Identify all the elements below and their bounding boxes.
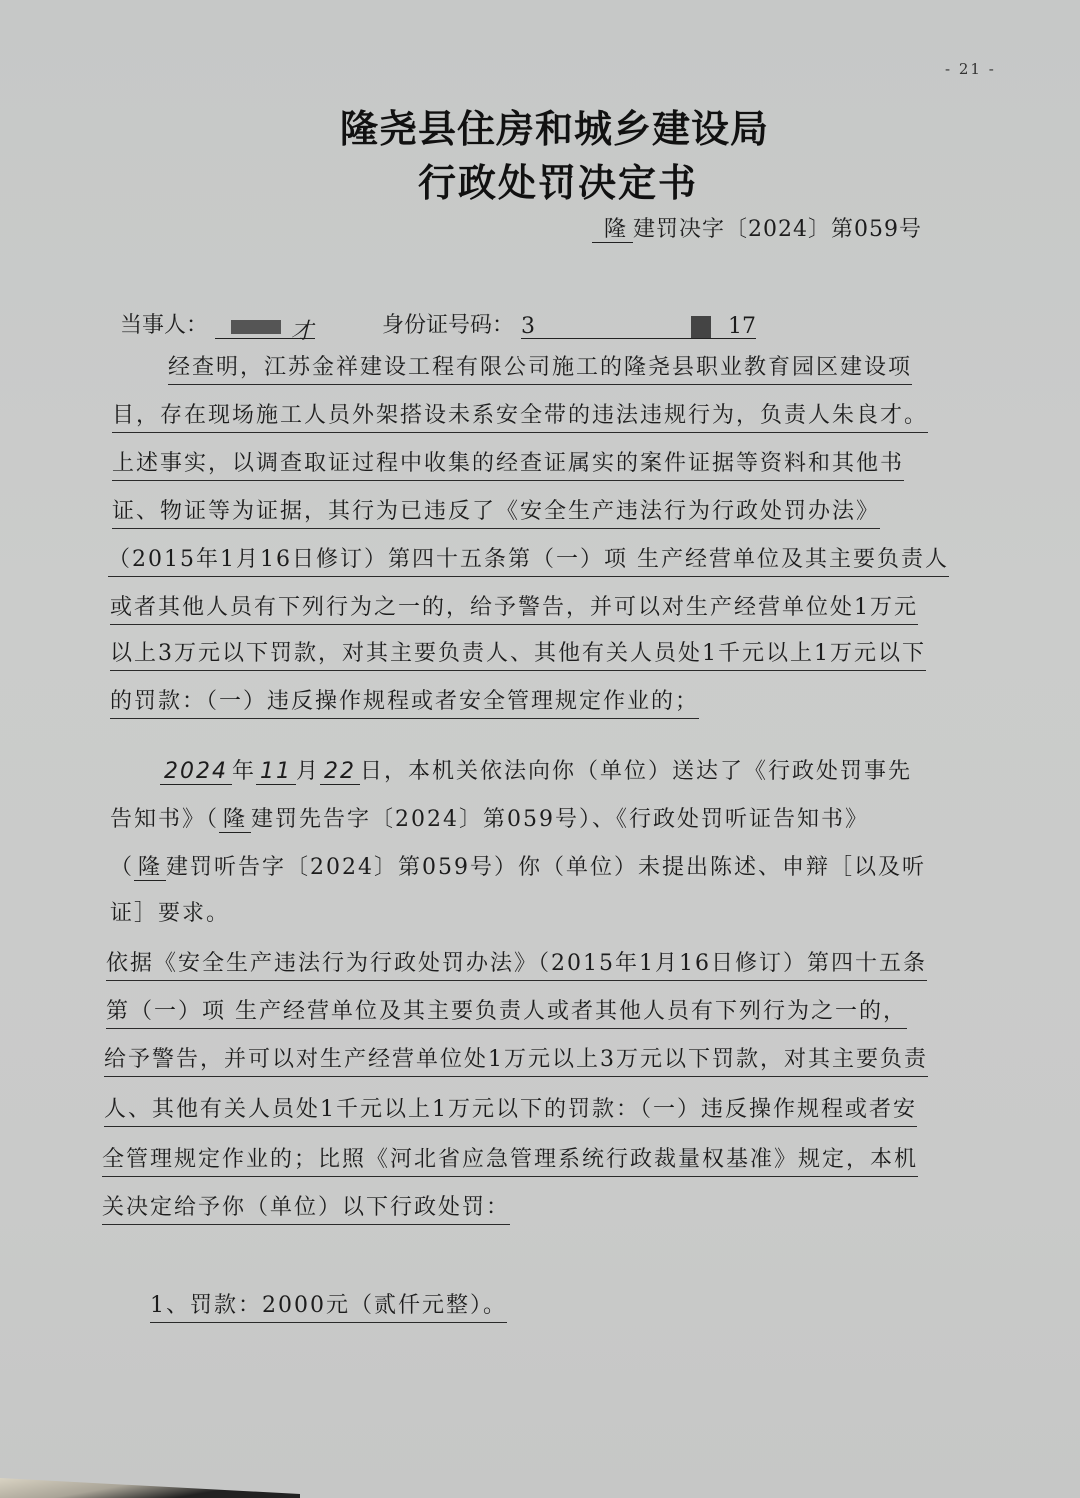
redaction-mark xyxy=(691,316,711,338)
notice-text: （ xyxy=(110,855,134,880)
notice-month: 11 xyxy=(256,759,296,785)
notice-line-3: （隆建罚听告字〔2024〕第059号）你（单位）未提出陈述、申辩［以及听 xyxy=(110,850,926,881)
penalty-text: 1、罚款：2000元（贰仟元整）。 xyxy=(150,1293,507,1323)
basis-text: 给予警告，并可以对生产经营单位处1万元以上3万元以下罚款，对其主要负责 xyxy=(104,1047,928,1077)
basis-line-5: 全管理规定作业的；比照《河北省应急管理系统行政裁量权基准》规定，本机 xyxy=(102,1142,918,1173)
facts-text: 经查明，江苏金祥建设工程有限公司施工的隆尧县职业教育园区建设项 xyxy=(168,355,912,385)
document-number-prefix: 隆 xyxy=(592,217,633,243)
basis-line-2: 第（一）项 生产经营单位及其主要负责人或者其他人员有下列行为之一的， xyxy=(106,994,907,1025)
notice-line-2: 告知书》（隆建罚先告字〔2024〕第059号）、《行政处罚听证告知书》 xyxy=(110,802,869,833)
facts-line-6: 或者其他人员有下列行为之一的，给予警告，并可以对生产经营单位处1万元 xyxy=(110,590,918,621)
notice-year: 2024 xyxy=(160,759,232,785)
notice-prefix: 隆 xyxy=(219,807,251,833)
party-info: 当事人： 才 身份证号码： 317 xyxy=(120,308,756,339)
notice-text: 建罚听告字〔2024〕第059号）你（单位）未提出陈述、申辩［以及听 xyxy=(166,855,926,880)
basis-text: 人、其他有关人员处1千元以上1万元以下的罚款：（一）违反操作规程或者安 xyxy=(104,1097,917,1127)
facts-line-7: 以上3万元以下罚款，对其主要负责人、其他有关人员处1千元以上1万元以下 xyxy=(110,636,926,667)
facts-text: 证、物证等为证据，其行为已违反了《安全生产违法行为行政处罚办法》 xyxy=(112,499,880,529)
facts-text: 目，存在现场施工人员外架搭设未系安全带的违法违规行为，负责人朱良才。 xyxy=(112,403,928,433)
facts-line-2: 目，存在现场施工人员外架搭设未系安全带的违法违规行为，负责人朱良才。 xyxy=(112,398,928,429)
basis-text: 关决定给予你（单位）以下行政处罚： xyxy=(102,1195,510,1225)
issuing-authority-title: 隆尧县住房和城乡建设局 xyxy=(340,98,769,153)
basis-line-4: 人、其他有关人员处1千元以上1万元以下的罚款：（一）违反操作规程或者安 xyxy=(104,1092,917,1123)
party-name-redacted: 才 xyxy=(215,314,315,339)
document-number-rest: 建罚决字〔2024〕第059号 xyxy=(633,217,922,242)
notice-text: 建罚先告字〔2024〕第059号）、《行政处罚听证告知书》 xyxy=(251,807,869,832)
facts-text: 或者其他人员有下列行为之一的，给予警告，并可以对生产经营单位处1万元 xyxy=(110,595,918,625)
penalty-item-1: 1、罚款：2000元（贰仟元整）。 xyxy=(150,1288,507,1319)
facts-line-8: 的罚款：（一）违反操作规程或者安全管理规定作业的； xyxy=(110,684,699,715)
notice-day: 22 xyxy=(320,759,360,785)
notice-line-4: 证］要求。 xyxy=(110,896,230,927)
basis-text: 第（一）项 生产经营单位及其主要负责人或者其他人员有下列行为之一的， xyxy=(106,999,907,1029)
document-type-title: 行政处罚决定书 xyxy=(418,152,698,207)
facts-line-1: 经查明，江苏金祥建设工程有限公司施工的隆尧县职业教育园区建设项 xyxy=(168,350,912,381)
party-name-end: 才 xyxy=(291,314,313,345)
party-label: 当事人： xyxy=(120,313,208,338)
basis-text: 依据《安全生产违法行为行政处罚办法》（2015年1月16日修订）第四十五条 xyxy=(106,951,927,981)
year-suffix: 年 xyxy=(232,759,256,784)
id-end: 17 xyxy=(728,314,756,339)
facts-line-4: 证、物证等为证据，其行为已违反了《安全生产违法行为行政处罚办法》 xyxy=(112,494,880,525)
paper-edge xyxy=(0,1478,300,1498)
notice-line-1: 2024年11月22日，本机关依法向你（单位）送达了《行政处罚事先 xyxy=(160,754,912,785)
facts-text: 以上3万元以下罚款，对其主要负责人、其他有关人员处1千元以上1万元以下 xyxy=(110,641,926,671)
id-number-redacted: 317 xyxy=(521,314,756,339)
notice-prefix: 隆 xyxy=(134,855,166,881)
facts-line-5: （2015年1月16日修订）第四十五条第（一）项 生产经营单位及其主要负责人 xyxy=(108,542,949,573)
page-number: - 21 - xyxy=(945,60,996,78)
id-label: 身份证号码： xyxy=(382,313,514,338)
notice-text: 告知书》（ xyxy=(110,807,219,832)
facts-text: 上述事实，以调查取证过程中收集的经查证属实的案件证据等资料和其他书 xyxy=(112,451,904,481)
id-start: 3 xyxy=(521,314,535,339)
basis-line-1: 依据《安全生产违法行为行政处罚办法》（2015年1月16日修订）第四十五条 xyxy=(106,946,927,977)
redaction-mark xyxy=(231,320,281,334)
basis-text: 全管理规定作业的；比照《河北省应急管理系统行政裁量权基准》规定，本机 xyxy=(102,1147,918,1177)
basis-line-3: 给予警告，并可以对生产经营单位处1万元以上3万元以下罚款，对其主要负责 xyxy=(104,1042,928,1073)
facts-line-3: 上述事实，以调查取证过程中收集的经查证属实的案件证据等资料和其他书 xyxy=(112,446,904,477)
facts-text: 的罚款：（一）违反操作规程或者安全管理规定作业的； xyxy=(110,689,699,719)
notice-text: 日，本机关依法向你（单位）送达了《行政处罚事先 xyxy=(360,759,912,784)
document-number: 隆建罚决字〔2024〕第059号 xyxy=(592,212,922,243)
facts-text: （2015年1月16日修订）第四十五条第（一）项 生产经营单位及其主要负责人 xyxy=(108,547,949,577)
month-suffix: 月 xyxy=(296,759,320,784)
basis-line-6: 关决定给予你（单位）以下行政处罚： xyxy=(102,1190,510,1221)
